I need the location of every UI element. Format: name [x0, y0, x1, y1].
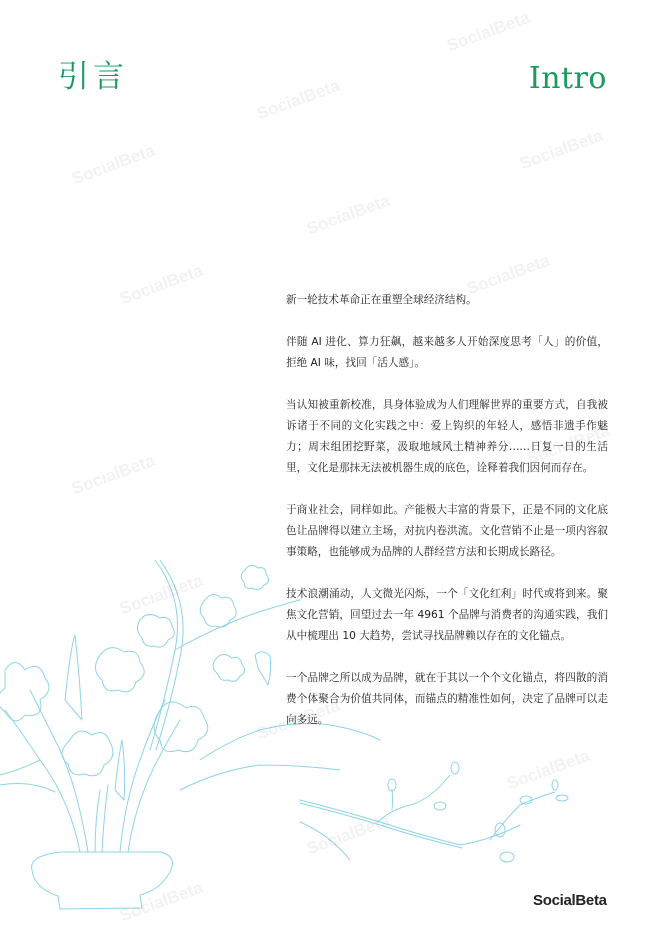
page: 引言 Intro SocialBeta SocialBeta SocialBet…: [0, 0, 665, 945]
paragraph: 一个品牌之所以成为品牌，就在于其以一个个文化锚点，将四散的消费个体聚合为价值共同…: [286, 668, 608, 731]
watermark: SocialBeta: [69, 451, 158, 500]
watermark: SocialBeta: [304, 191, 393, 240]
page-title-english: Intro: [529, 64, 607, 94]
paragraph: 伴随 AI 进化、算力狂飙，越来越多人开始深度思考「人」的价值，拒绝 AI 味，…: [286, 332, 608, 374]
paragraph: 于商业社会，同样如此。产能极大丰富的背景下，正是不同的文化底色让品牌得以建立主场…: [286, 500, 608, 563]
watermark: SocialBeta: [69, 141, 158, 190]
intro-body: 新一轮技术革命正在重塑全球经济结构。 伴随 AI 进化、算力狂飙，越来越多人开始…: [286, 290, 608, 752]
paragraph: 技术浪潮涌动，人文微光闪烁，一个「文化红利」时代或将到来。聚焦文化营销，回望过去…: [286, 584, 608, 647]
watermark: SocialBeta: [254, 76, 343, 125]
watermark: SocialBeta: [517, 126, 606, 175]
watermark: SocialBeta: [444, 8, 533, 57]
paragraph: 当认知被重新校准，具身体验成为人们理解世界的重要方式，自我被诉诸于不同的文化实践…: [286, 395, 608, 479]
watermark: SocialBeta: [117, 261, 206, 310]
paragraph: 新一轮技术革命正在重塑全球经济结构。: [286, 290, 608, 311]
page-title-chinese: 引言: [58, 62, 128, 93]
